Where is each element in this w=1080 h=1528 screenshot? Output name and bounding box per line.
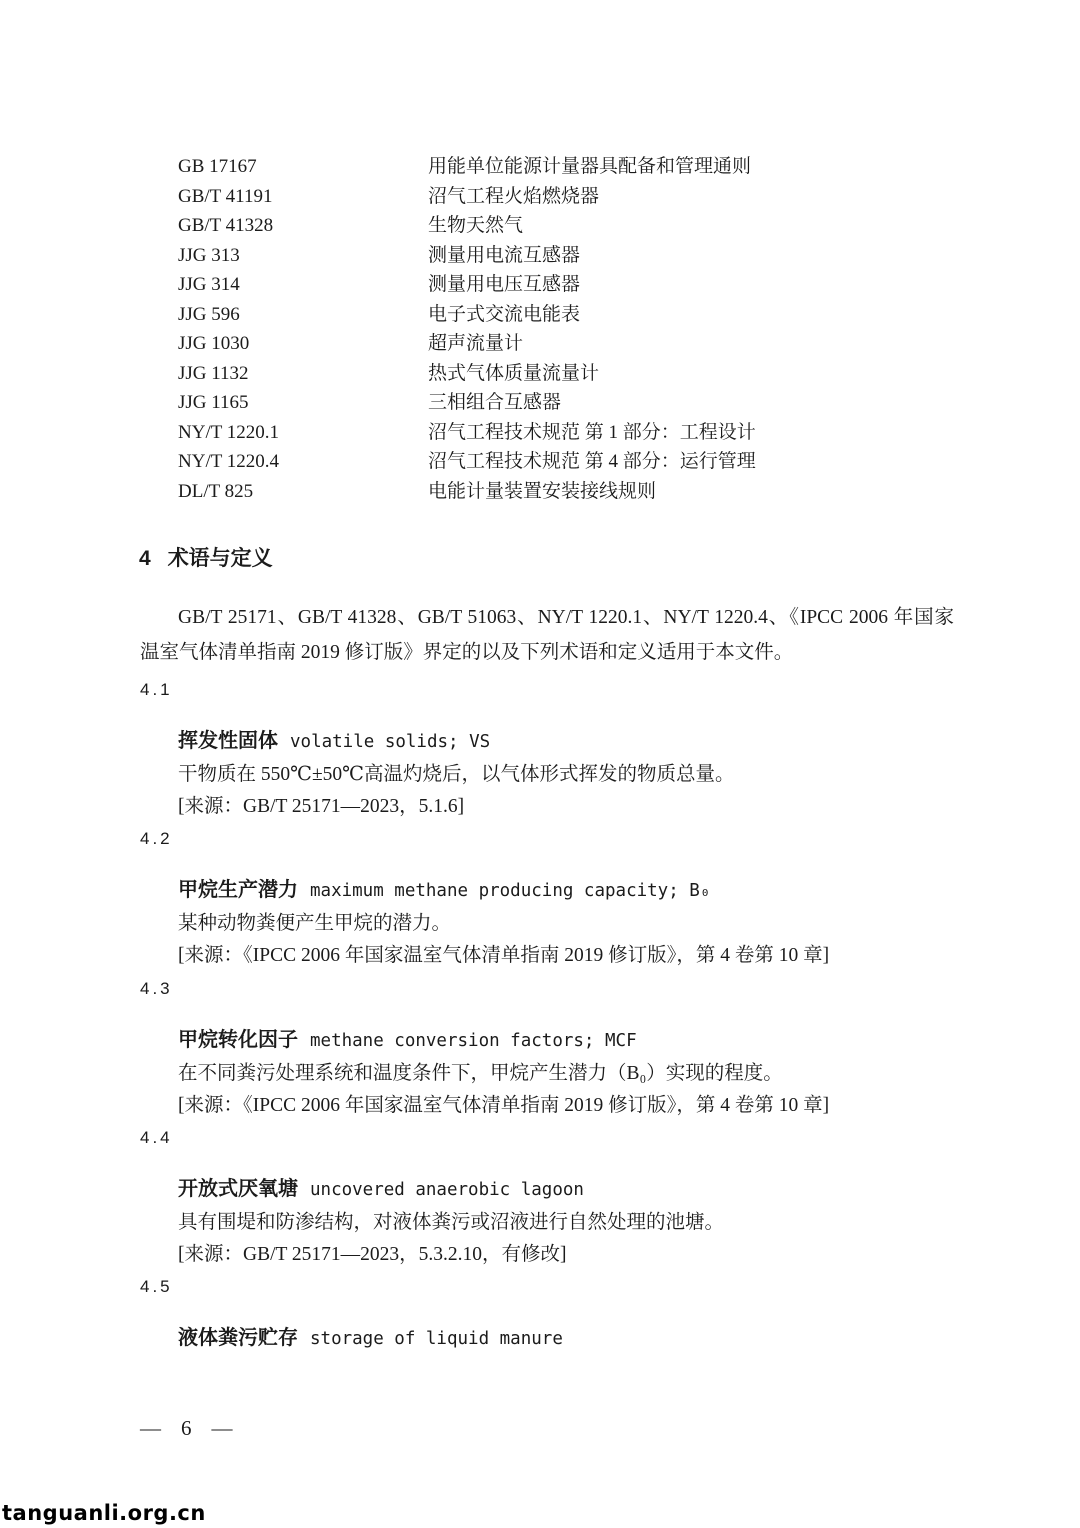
- term-source: [来源：GB/T 25171—2023，5.3.2.10，有修改]: [178, 1240, 954, 1270]
- reference-code: NY/T 1220.1: [178, 418, 428, 448]
- footer-dash-right: —: [212, 1415, 233, 1441]
- term-en: methane conversion factors; MCF: [310, 1031, 637, 1051]
- reference-title: 沼气工程技术规范 第 4 部分：运行管理: [428, 447, 756, 477]
- term-block-4-3: 4.3 甲烷转化因子methane conversion factors; MC…: [140, 979, 954, 1121]
- clause-number: 4.2: [140, 829, 954, 849]
- reference-code: NY/T 1220.4: [178, 447, 428, 477]
- clause-number: 4.4: [140, 1128, 954, 1148]
- term-definition: 某种动物粪便产生甲烷的潜力。: [178, 909, 954, 939]
- term-zh: 甲烷转化因子: [178, 1029, 298, 1051]
- reference-code: JJG 314: [178, 270, 428, 300]
- reference-row: NY/T 1220.1 沼气工程技术规范 第 1 部分：工程设计: [178, 418, 756, 448]
- term-definition: 在不同粪污处理系统和温度条件下，甲烷产生潜力（B₀）实现的程度。: [178, 1059, 954, 1089]
- term-block-4-1: 4.1 挥发性固体volatile solids; VS 干物质在 550℃±5…: [140, 680, 954, 822]
- reference-code: GB/T 41328: [178, 211, 428, 241]
- reference-row: GB/T 41328 生物天然气: [178, 211, 756, 241]
- reference-row: NY/T 1220.4 沼气工程技术规范 第 4 部分：运行管理: [178, 447, 756, 477]
- term-line: 液体粪污贮存storage of liquid manure: [178, 1323, 954, 1355]
- reference-title: 电能计量装置安装接线规则: [428, 477, 656, 507]
- reference-title: 三相组合互感器: [428, 388, 561, 418]
- watermark-text: tanguanli.org.cn: [2, 1500, 206, 1526]
- section-number: 4: [139, 546, 151, 572]
- reference-title: 沼气工程火焰燃烧器: [428, 182, 599, 212]
- term-line: 挥发性固体volatile solids; VS: [178, 726, 954, 758]
- term-line: 开放式厌氧塘uncovered anaerobic lagoon: [178, 1174, 954, 1206]
- term-block-4-2: 4.2 甲烷生产潜力maximum methane producing capa…: [140, 829, 954, 971]
- term-definition: 干物质在 550℃±50℃高温灼烧后，以气体形式挥发的物质总量。: [178, 760, 954, 790]
- reference-code: JJG 596: [178, 300, 428, 330]
- term-definition: 具有围堤和防渗结构，对液体粪污或沼液进行自然处理的池塘。: [178, 1208, 954, 1238]
- page-number: 6: [181, 1415, 192, 1441]
- term-en: storage of liquid manure: [310, 1329, 563, 1349]
- reference-title: 生物天然气: [428, 211, 523, 241]
- reference-row: JJG 596 电子式交流电能表: [178, 300, 756, 330]
- reference-title: 热式气体质量流量计: [428, 359, 599, 389]
- normative-references-list: GB 17167 用能单位能源计量器具配备和管理通则 GB/T 41191 沼气…: [178, 152, 756, 506]
- page-footer: — 6 —: [140, 1415, 233, 1441]
- reference-code: JJG 1132: [178, 359, 428, 389]
- term-en: volatile solids; VS: [290, 732, 490, 752]
- reference-code: GB/T 41191: [178, 182, 428, 212]
- term-block-4-5: 4.5 液体粪污贮存storage of liquid manure: [140, 1277, 954, 1355]
- term-source: [来源：GB/T 25171—2023，5.1.6]: [178, 792, 954, 822]
- clause-number: 4.1: [140, 680, 954, 700]
- reference-code: DL/T 825: [178, 477, 428, 507]
- term-en: uncovered anaerobic lagoon: [310, 1180, 584, 1200]
- term-zh: 甲烷生产潜力: [178, 879, 298, 901]
- reference-row: JJG 313 测量用电流互感器: [178, 241, 756, 271]
- terms-intro-paragraph: GB/T 25171、GB/T 41328、GB/T 51063、NY/T 12…: [140, 600, 954, 670]
- clause-number: 4.5: [140, 1277, 954, 1297]
- reference-title: 沼气工程技术规范 第 1 部分：工程设计: [428, 418, 756, 448]
- term-block-4-4: 4.4 开放式厌氧塘uncovered anaerobic lagoon 具有围…: [140, 1128, 954, 1270]
- footer-dash-left: —: [140, 1415, 161, 1441]
- reference-title: 用能单位能源计量器具配备和管理通则: [428, 152, 751, 182]
- reference-row: JJG 1132 热式气体质量流量计: [178, 359, 756, 389]
- term-zh: 挥发性固体: [178, 730, 278, 752]
- reference-row: GB/T 41191 沼气工程火焰燃烧器: [178, 182, 756, 212]
- reference-title: 测量用电压互感器: [428, 270, 580, 300]
- term-zh: 液体粪污贮存: [178, 1327, 298, 1349]
- term-en: maximum methane producing capacity; B₀: [310, 881, 710, 901]
- reference-row: GB 17167 用能单位能源计量器具配备和管理通则: [178, 152, 756, 182]
- reference-row: JJG 1030 超声流量计: [178, 329, 756, 359]
- term-line: 甲烷生产潜力maximum methane producing capacity…: [178, 875, 954, 907]
- term-source: [来源：《IPCC 2006 年国家温室气体清单指南 2019 修订版》，第 4…: [178, 1091, 954, 1121]
- reference-title: 电子式交流电能表: [428, 300, 580, 330]
- reference-row: JJG 314 测量用电压互感器: [178, 270, 756, 300]
- reference-title: 测量用电流互感器: [428, 241, 580, 271]
- reference-row: DL/T 825 电能计量装置安装接线规则: [178, 477, 756, 507]
- section-heading: 4 术语与定义: [139, 546, 273, 572]
- term-source: [来源：《IPCC 2006 年国家温室气体清单指南 2019 修订版》，第 4…: [178, 941, 954, 971]
- reference-code: JJG 1165: [178, 388, 428, 418]
- clause-number: 4.3: [140, 979, 954, 999]
- section-title: 术语与定义: [168, 546, 273, 572]
- reference-code: JJG 1030: [178, 329, 428, 359]
- term-line: 甲烷转化因子methane conversion factors; MCF: [178, 1025, 954, 1057]
- term-zh: 开放式厌氧塘: [178, 1178, 298, 1200]
- reference-code: GB 17167: [178, 152, 428, 182]
- document-page: GB 17167 用能单位能源计量器具配备和管理通则 GB/T 41191 沼气…: [0, 0, 1080, 1528]
- reference-code: JJG 313: [178, 241, 428, 271]
- reference-title: 超声流量计: [428, 329, 523, 359]
- reference-row: JJG 1165 三相组合互感器: [178, 388, 756, 418]
